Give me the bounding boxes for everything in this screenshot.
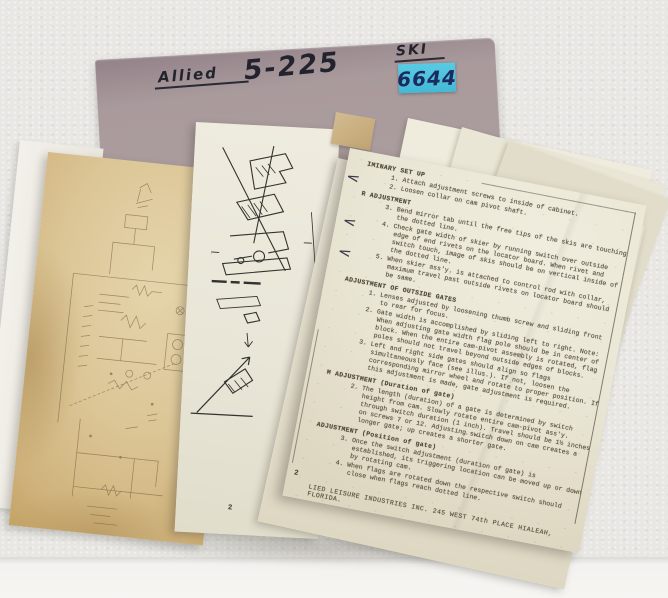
- inventory-tag: 6644: [398, 63, 456, 94]
- folder-game-handwriting: SKI: [393, 40, 444, 63]
- folded-paper-corner: [330, 112, 375, 150]
- instruction-page-number: 2: [293, 469, 299, 478]
- typed-text-block: IMINARY SET UP 1. Attach adjustment scre…: [333, 166, 637, 526]
- photo-stage: Allied 5-225 SKI 6644: [0, 0, 668, 598]
- folder-part-number-handwriting: 5-225: [242, 47, 341, 87]
- handwritten-check-mark: <: [341, 214, 358, 230]
- handwritten-check-mark: <: [336, 244, 353, 260]
- folder-name-handwriting: Allied: [153, 62, 248, 90]
- illustration-page-number: 2: [228, 504, 233, 512]
- handwritten-check-mark: <: [345, 169, 362, 185]
- inventory-tag-number: 6644: [397, 65, 457, 91]
